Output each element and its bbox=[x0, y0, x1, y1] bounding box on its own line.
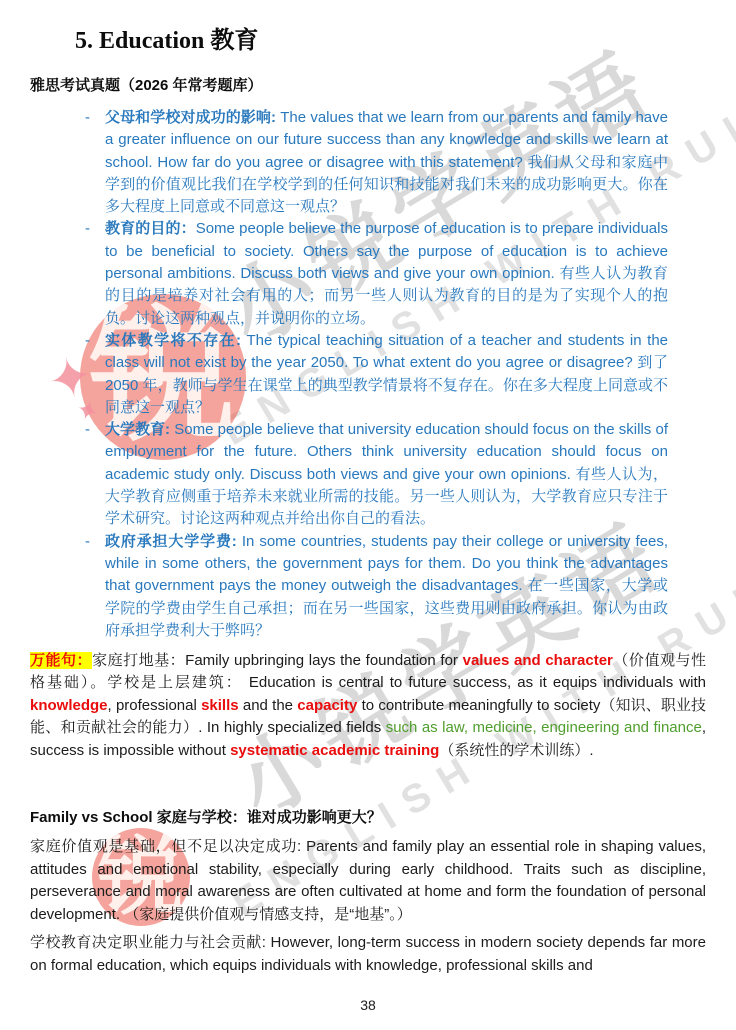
question-list: - 父母和学校对成功的影响: The values that we learn … bbox=[85, 107, 668, 642]
question-text: 实体教学将不存在: The typical teaching situation… bbox=[105, 330, 668, 419]
section-heading: 雅思考试真题（2026 年常考题库） bbox=[30, 74, 263, 95]
school-paragraph: 学校教育决定职业能力与社会贡献: However, long-term succ… bbox=[30, 932, 706, 977]
golden-sentence-paragraph: 万能句：家庭打地基：Family upbringing lays the fou… bbox=[30, 650, 706, 762]
document-page: 小锐学英语 ENGLISH WITH RUI 小锐学英语 ENGLISH WIT… bbox=[0, 0, 736, 1030]
page-title: 5. Education 教育 bbox=[75, 20, 258, 55]
list-item: - 政府承担大学学费: In some countries, students … bbox=[85, 531, 668, 642]
family-vs-school-heading: Family vs School 家庭与学校：谁对成功影响更大？ bbox=[30, 806, 706, 827]
list-bullet-dash: - bbox=[85, 419, 105, 530]
list-bullet-dash: - bbox=[85, 330, 105, 419]
list-item: - 实体教学将不存在: The typical teaching situati… bbox=[85, 330, 668, 419]
list-bullet-dash: - bbox=[85, 218, 105, 329]
family-paragraph: 家庭价值观是基础，但不足以决定成功: Parents and family pl… bbox=[30, 836, 706, 926]
list-bullet-dash: - bbox=[85, 107, 105, 218]
list-item: - 大学教育: Some people believe that univers… bbox=[85, 419, 668, 530]
page-number: 38 bbox=[0, 997, 736, 1013]
question-text: 大学教育: Some people believe that universit… bbox=[105, 419, 668, 530]
question-text: 父母和学校对成功的影响: The values that we learn fr… bbox=[105, 107, 668, 218]
question-text: 政府承担大学学费: In some countries, students pa… bbox=[105, 531, 668, 642]
list-bullet-dash: - bbox=[85, 531, 105, 642]
list-item: - 父母和学校对成功的影响: The values that we learn … bbox=[85, 107, 668, 218]
question-text: 教育的目的：Some people believe the purpose of… bbox=[105, 218, 668, 329]
list-item: - 教育的目的：Some people believe the purpose … bbox=[85, 218, 668, 329]
